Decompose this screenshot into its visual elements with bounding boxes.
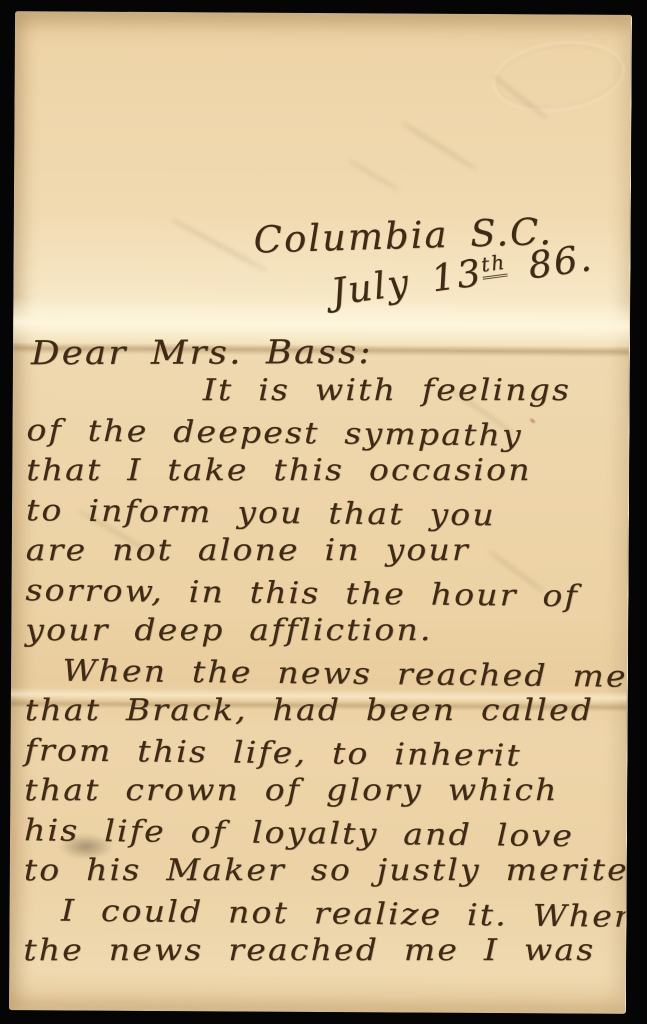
letter-line: that I take this occasion: [26, 451, 632, 491]
letter-paper: Columbia S.C. July 13th 86. Dear Mrs. Ba…: [9, 11, 632, 1014]
letter-line: that Brack, had been called: [25, 691, 632, 731]
letter-line: to his Maker so justly merited,: [24, 851, 632, 891]
letter-date-day: July 13: [328, 251, 485, 314]
bleed-through-mark: [347, 158, 401, 192]
scan-background: { "letter": { "heading": { "place": "Col…: [0, 0, 647, 1024]
letter-line: the news reached me I was: [23, 931, 632, 971]
letter-line: that crown of glory which: [24, 771, 632, 811]
letter-line: It is with feelings: [27, 371, 632, 411]
bleed-through-mark: [491, 73, 549, 120]
bleed-through-mark: [400, 120, 479, 172]
letter-salutation: Dear Mrs. Bass:: [31, 332, 373, 372]
letter-date-ordinal: th: [480, 249, 508, 279]
letter-body: It is with feelings of the deepest sympa…: [23, 371, 627, 975]
letter-line: are not alone in your: [26, 531, 632, 571]
embossed-seal: [489, 34, 629, 119]
letter-line: your deep affliction.: [25, 611, 632, 651]
